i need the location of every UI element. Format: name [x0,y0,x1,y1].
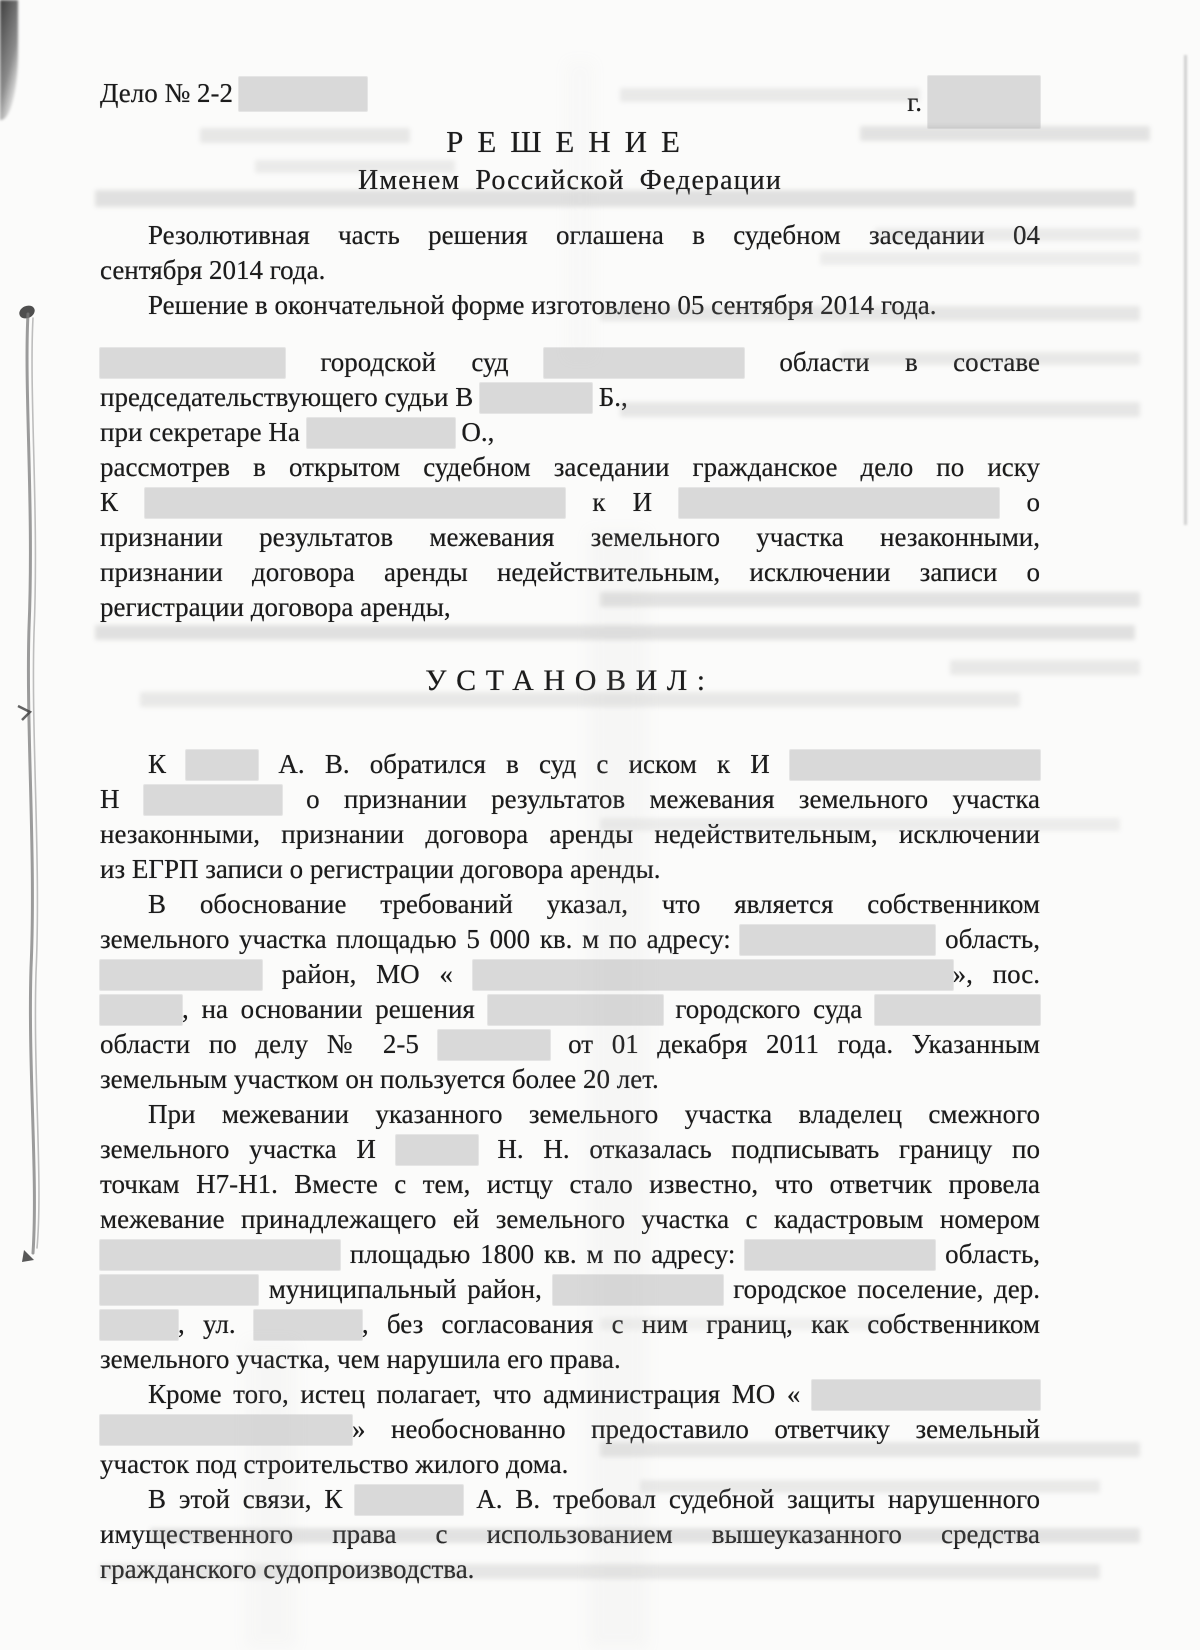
redaction-box [438,1030,550,1060]
text-segment: городского суда [675,994,862,1024]
text-segment: регистрации договора аренды, [100,592,451,622]
text-segment: земельным участком он пользуется более 2… [100,1064,659,1094]
text-segment: , без согласования с ним границ, как соб… [362,1309,1040,1339]
text-line: рассмотрев в открытом судебном заседании… [100,450,1040,485]
text-line: К к И о [100,485,1040,520]
text-segment: , ул. [178,1309,236,1339]
redaction-box [553,1275,723,1305]
redaction-box [100,995,182,1025]
text-segment: признании результатов межевания земельно… [100,522,1040,552]
text-line: признании договора аренды недействительн… [100,555,1040,590]
redaction-box [875,995,1040,1025]
redaction-box [100,348,285,378]
text-segment: участок под строительство жилого дома. [100,1449,568,1479]
redaction-box [488,995,663,1025]
text-segment: Б., [599,382,628,412]
document-title: РЕШЕНИЕ [100,122,1040,162]
text-line: точкам Н7-Н1. Вместе с тем, истцу стало … [100,1167,1040,1202]
text-segment: В обоснование требований указал, что явл… [148,889,1040,919]
text-segment: РЕШЕНИЕ [446,124,694,159]
text-line: регистрации договора аренды, [100,590,1040,625]
redaction-box [100,1310,178,1340]
text-segment: городское поселение, дер. [733,1274,1040,1304]
text-segment: К [148,749,166,779]
text-segment: Именем Российской Федерации [358,165,782,196]
text-line: земельного участка площадью 5 000 кв. м … [100,922,1040,957]
text-segment: из ЕГРП записи о регистрации договора ар… [100,854,661,884]
text-line: муниципальный район, городское поселение… [100,1272,1040,1307]
spacer [100,200,1040,218]
redaction-box [100,1415,352,1445]
redaction-box [239,77,367,111]
text-segment: » необоснованно предоставило ответчику з… [352,1414,1040,1444]
text-segment: », пос. [953,959,1040,989]
text-line: Н о признании результатов межевания земе… [100,782,1040,817]
text-segment: К [100,487,118,517]
text-segment: Резолютивная часть решения оглашена в су… [148,220,1040,250]
redaction-box [144,785,282,815]
redaction-box [473,960,953,990]
document-header-row: Дело № 2-2 г. [100,76,1040,122]
text-line: незаконными, признании договора аренды н… [100,817,1040,852]
redaction-box [100,1275,258,1305]
redaction-box [100,1240,340,1270]
text-line: земельным участком он пользуется более 2… [100,1062,1040,1097]
text-segment: При межевании указанного земельного учас… [148,1099,1040,1129]
text-line: председательствующего судьи В Б., [100,380,1040,415]
text-segment: О., [461,417,494,447]
text-segment: при секретаре На [100,417,300,447]
text-segment: Кроме того, истец полагает, что админист… [148,1379,800,1409]
text-segment: незаконными, признании договора аренды н… [100,819,1040,849]
text-line: признании результатов межевания земельно… [100,520,1040,555]
scan-corner-blot [0,0,18,120]
text-line: области по делу № 2-5 от 01 декабря 2011… [100,1027,1040,1062]
text-segment: области по делу № 2-5 [100,1029,419,1059]
redaction-box [254,1310,362,1340]
text-segment: признании договора аренды недействительн… [100,557,1040,587]
text-segment: межевание принадлежащего ей земельного у… [100,1204,1040,1234]
text-segment: земельного участка И [100,1134,376,1164]
document-body: Дело № 2-2 г. РЕШЕНИЕИменем Российской Ф… [100,76,1040,1587]
text-line: Решение в окончательной форме изготовлен… [100,288,1040,323]
established-heading: УСТАНОВИЛ: [100,660,1040,702]
text-segment: область, [945,1239,1040,1269]
text-line: В обоснование требований указал, что явл… [100,887,1040,922]
text-segment: земельного участка площадью 5 000 кв. м … [100,924,731,954]
text-segment: от 01 декабря 2011 года. Указанным [568,1029,1040,1059]
redaction-box [679,488,999,518]
text-segment: район, МО « [282,959,453,989]
case-number-group: Дело № 2-2 [100,76,367,111]
redaction-box [928,76,1040,128]
redaction-box [355,1485,463,1515]
text-segment: Н. Н. отказалась подписывать границу по [497,1134,1040,1164]
document-subtitle: Именем Российской Федерации [100,162,1040,200]
text-line: В этой связи, К А. В. требовал судебной … [100,1482,1040,1517]
text-line: межевание принадлежащего ей земельного у… [100,1202,1040,1237]
text-segment: области в составе [779,347,1040,377]
text-line: Резолютивная часть решения оглашена в су… [100,218,1040,253]
redaction-box [790,750,1040,780]
text-segment: о признании результатов межевания земель… [306,784,1040,814]
redaction-box [307,418,455,448]
text-line: из ЕГРП записи о регистрации договора ар… [100,852,1040,887]
redaction-box [100,960,262,990]
spacer [100,702,1040,747]
text-segment: точкам Н7-Н1. Вместе с тем, истцу стало … [100,1169,1040,1199]
case-number-label: Дело № 2-2 [100,76,233,111]
text-segment: А. В. обратился в суд с иском к И [278,749,769,779]
text-segment: УСТАНОВИЛ: [425,664,714,697]
text-line: » необоснованно предоставило ответчику з… [100,1412,1040,1447]
text-segment: муниципальный район, [269,1274,542,1304]
text-line: сентября 2014 года. [100,253,1040,288]
redaction-box [544,348,744,378]
text-line: , на основании решения городского суда [100,992,1040,1027]
redaction-box [740,925,935,955]
fold-crease-artifact [10,298,60,1288]
redaction-box [145,488,565,518]
text-segment: имущественного права с использованием вы… [100,1519,1040,1549]
text-line: К А. В. обратился в суд с иском к И [100,747,1040,782]
text-line: район, МО « », пос. [100,957,1040,992]
text-segment: к И [592,487,652,517]
redaction-box [812,1380,1040,1410]
text-line: земельного участка И Н. Н. отказалась по… [100,1132,1040,1167]
text-segment: Решение в окончательной форме изготовлен… [148,290,937,320]
text-line: площадью 1800 кв. м по адресу: область, [100,1237,1040,1272]
spacer [100,323,1040,345]
text-segment: рассмотрев в открытом судебном заседании… [100,452,1040,482]
text-line: гражданского судопроизводства. [100,1552,1040,1587]
city-group: г. [907,76,1040,128]
text-segment: о [1027,487,1041,517]
text-line: Кроме того, истец полагает, что админист… [100,1377,1040,1412]
redaction-box [396,1135,478,1165]
text-segment: гражданского судопроизводства. [100,1554,474,1584]
redaction-box [480,383,592,413]
text-segment: площадью 1800 кв. м по адресу: [350,1239,736,1269]
text-line: участок под строительство жилого дома. [100,1447,1040,1482]
text-line: При межевании указанного земельного учас… [100,1097,1040,1132]
text-line: имущественного права с использованием вы… [100,1517,1040,1552]
text-segment: председательствующего судьи В [100,382,473,412]
redaction-box [745,1240,935,1270]
text-segment: земельного участка, чем нарушила его пра… [100,1344,621,1374]
document-lines: РЕШЕНИЕИменем Российской ФедерацииРезолю… [100,122,1040,1587]
text-line: , ул. , без согласования с ним границ, к… [100,1307,1040,1342]
redaction-box [186,750,258,780]
text-segment: В этой связи, К [148,1484,342,1514]
spacer [100,625,1040,660]
text-segment: , на основании решения [182,994,475,1024]
scan-edge-line [1184,55,1187,525]
text-segment: Н [100,784,120,814]
text-segment: городской суд [320,347,508,377]
text-line: городской суд области в составе [100,345,1040,380]
city-label: г. [907,85,922,120]
text-line: земельного участка, чем нарушила его пра… [100,1342,1040,1377]
text-segment: сентября 2014 года. [100,255,325,285]
scanned-court-decision-page: Дело № 2-2 г. РЕШЕНИЕИменем Российской Ф… [0,0,1200,1650]
text-line: при секретаре На О., [100,415,1040,450]
text-segment: А. В. требовал судебной защиты нарушенно… [476,1484,1040,1514]
text-segment: область, [945,924,1040,954]
